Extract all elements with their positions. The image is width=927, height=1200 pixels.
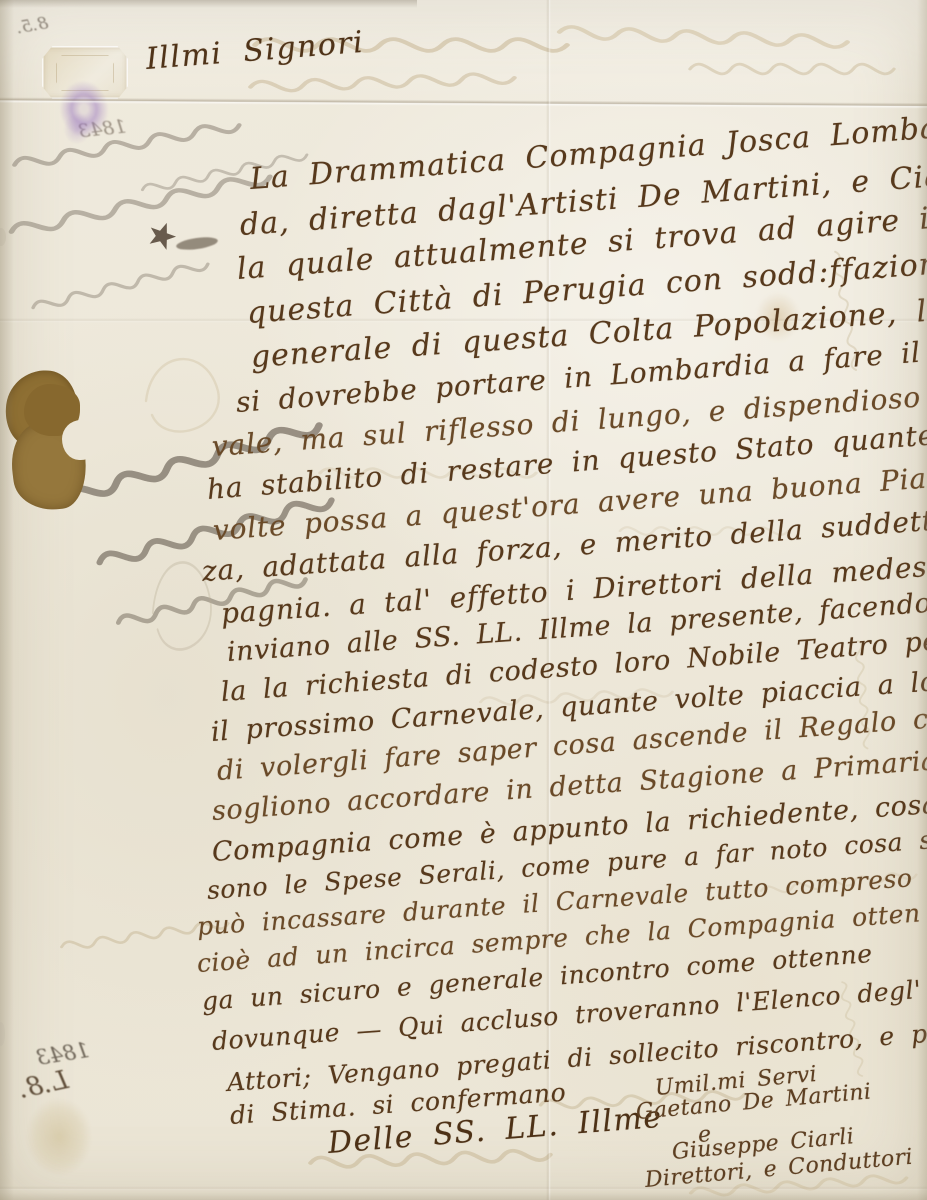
purple-stamp-smudge: [62, 112, 92, 146]
fold-highlight: [0, 0, 927, 100]
fold-crease-bottom: [0, 1186, 927, 1191]
paper-tear: [0, 228, 6, 246]
ink-blot-star: [144, 218, 180, 254]
scan-edge-bottom: [0, 1192, 927, 1200]
ink-blot-streak: [175, 235, 218, 252]
bleedthrough-mark: 1843: [34, 1038, 91, 1070]
stain-large: [4, 370, 100, 512]
scan-edge-left: [0, 0, 14, 1200]
paper-tear: [0, 1022, 5, 1046]
stain-small: [26, 1098, 92, 1176]
stain-notch: [62, 420, 98, 460]
letter-page: 8.5. 1843 1843 L.8. Illmi Signori La Dra…: [0, 0, 927, 1200]
